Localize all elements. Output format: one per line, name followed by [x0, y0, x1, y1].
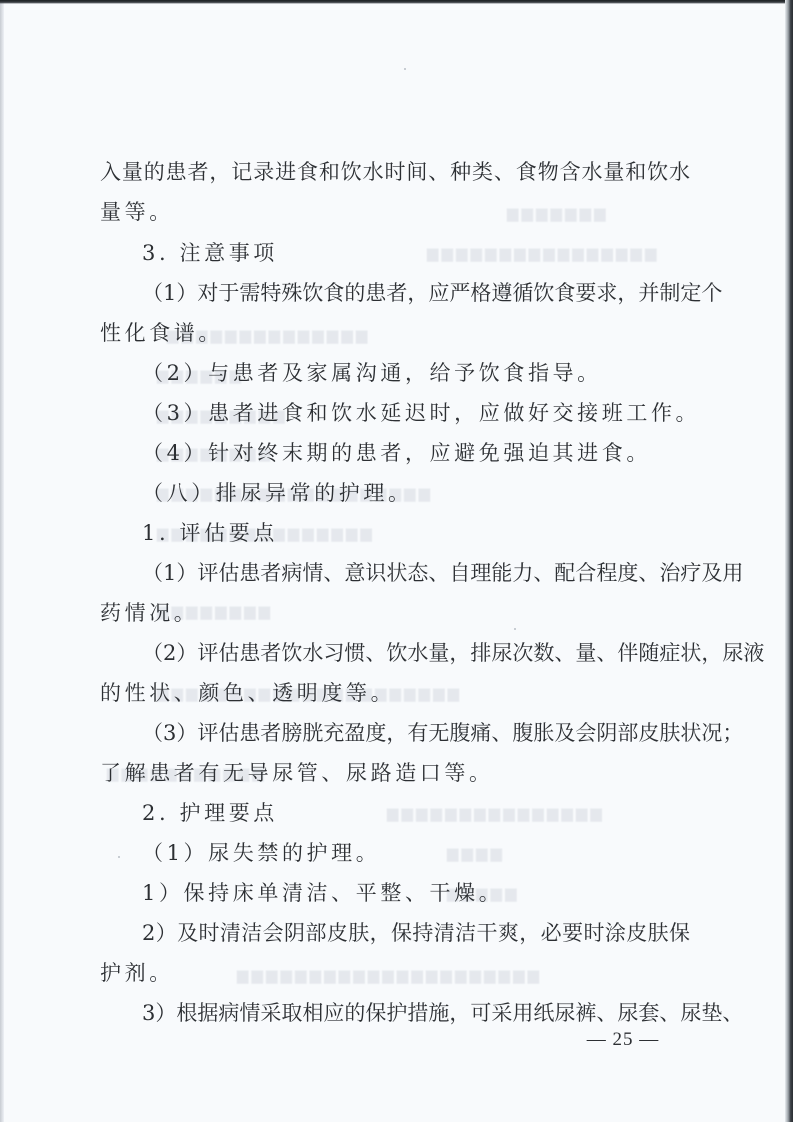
section-heading: 3. 注意事项	[142, 239, 690, 267]
text-line: 护剂。	[100, 959, 690, 987]
text-line: （1）评估患者病情、意识状态、自理能力、配合程度、治疗及用	[142, 559, 690, 587]
text-line: （3）评估患者膀胱充盈度，有无腹痛、腹胀及会阴部皮肤状况；	[142, 719, 690, 747]
scan-speck	[404, 68, 406, 70]
section-heading: 1. 评估要点	[142, 519, 690, 547]
text-line: 1）保持床单清洁、平整、干燥。	[142, 879, 690, 907]
scan-edge-right	[785, 0, 793, 1122]
text-line: 的性状、颜色、透明度等。	[100, 679, 690, 707]
section-heading: 2. 护理要点	[142, 799, 690, 827]
page-number: — 25 —	[578, 1027, 668, 1053]
text-line: （2）评估患者饮水习惯、饮水量，排尿次数、量、伴随症状，尿液	[142, 639, 690, 667]
text-line: （1）对于需特殊饮食的患者，应严格遵循饮食要求，并制定个	[142, 279, 690, 307]
section-heading: （八）排尿异常的护理。	[142, 479, 690, 507]
text-line: （1）尿失禁的护理。	[142, 839, 690, 867]
text-line: 量等。	[100, 198, 690, 226]
text-line: （3）患者进食和饮水延迟时，应做好交接班工作。	[142, 399, 690, 427]
text-line: 性化食谱。	[100, 319, 690, 347]
text-line: （2）与患者及家属沟通，给予饮食指导。	[142, 359, 690, 387]
scan-speck	[118, 856, 120, 858]
scan-speck	[514, 628, 516, 630]
text-line: 入量的患者，记录进食和饮水时间、种类、食物含水量和饮水	[100, 158, 690, 186]
text-line: 3）根据病情采取相应的保护措施，可采用纸尿裤、尿套、尿垫、	[142, 999, 690, 1027]
scan-edge-top	[0, 0, 793, 4]
text-line: 了解患者有无导尿管、尿路造口等。	[100, 759, 690, 787]
text-line: 药情况。	[100, 599, 690, 627]
text-line: （4）针对终末期的患者，应避免强迫其进食。	[142, 439, 690, 467]
text-line: 2）及时清洁会阴部皮肤，保持清洁干爽，必要时涂皮肤保	[142, 919, 690, 947]
